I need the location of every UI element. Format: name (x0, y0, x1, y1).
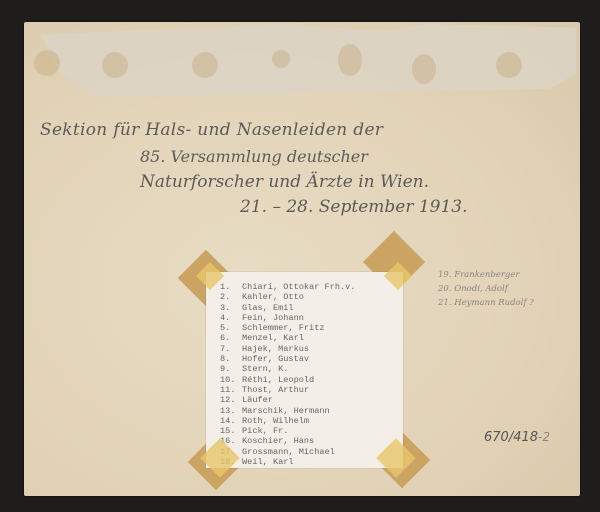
tape-stains (30, 50, 550, 80)
list-item: 3.Glas, Emil (220, 303, 355, 313)
list-item: 1.Chiari, Ottokar Frh.v. (220, 282, 355, 292)
catalog-number: 670/418-2 (484, 430, 550, 445)
list-item: 17.Grossmann, Michael (220, 447, 355, 457)
typed-name-label: 1.Chiari, Ottokar Frh.v. 2.Kahler, Otto … (206, 272, 403, 468)
list-item: 2.Kahler, Otto (220, 292, 355, 302)
heading-line-2: 85. Versammlung deutscher (140, 147, 368, 166)
list-item: 8.Hofer, Gustav (220, 354, 355, 364)
participant-list: 1.Chiari, Ottokar Frh.v. 2.Kahler, Otto … (220, 282, 355, 467)
list-item: 10.Réthi, Leopold (220, 375, 355, 385)
addition-line: 19. Frankenberger (438, 268, 534, 282)
list-item: 4.Fein, Johann (220, 313, 355, 323)
list-item: 5.Schlemmer, Fritz (220, 323, 355, 333)
list-item: 6.Menzel, Karl (220, 333, 355, 343)
heading-line-4: 21. – 28. September 1913. (240, 197, 468, 217)
addition-line: 21. Heymann Rudolf ? (438, 296, 534, 310)
heading-line-1: Sektion für Hals- und Nasenleiden der (40, 120, 383, 140)
heading-line-3: Naturforscher und Ärzte in Wien. (140, 172, 429, 192)
list-item: 14.Roth, Wilhelm (220, 416, 355, 426)
catalog-number-main: 670/418 (484, 430, 538, 445)
list-item: 12.Läufer (220, 395, 355, 405)
addition-line: 20. Onodi, Adolf (438, 282, 534, 296)
list-item: 7.Hajek, Markus (220, 344, 355, 354)
list-item: 9.Stern, K. (220, 364, 355, 374)
list-item: 16.Koschier, Hans (220, 436, 355, 446)
list-item: 11.Thost, Arthur (220, 385, 355, 395)
list-item: 18.Weil, Karl (220, 457, 355, 467)
catalog-number-suffix: -2 (538, 430, 550, 444)
list-item: 15.Pick, Fr. (220, 426, 355, 436)
list-item: 13.Marschik, Hermann (220, 406, 355, 416)
handwritten-additions: 19. Frankenberger 20. Onodi, Adolf 21. H… (438, 268, 534, 310)
